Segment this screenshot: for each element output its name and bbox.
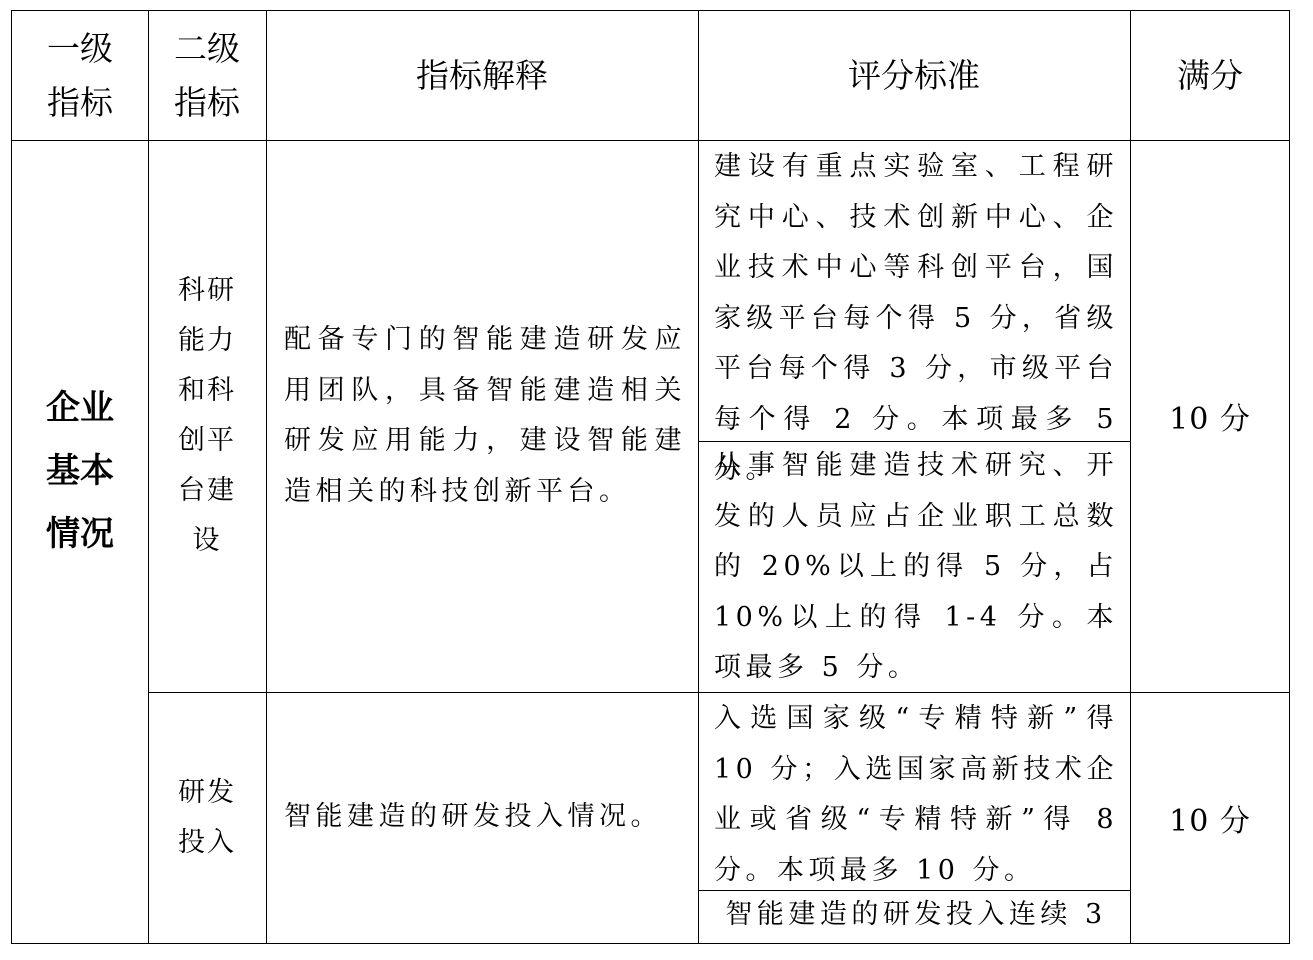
explanation-cell-rd-investment: 智能建造的研发投入情况。 (266, 692, 698, 943)
level1-label: 企业 基本 情况 (44, 377, 116, 566)
level2-line: 设 (173, 516, 241, 566)
level2-line: 投入 (173, 818, 241, 868)
explanation-cell-research-platform: 配备专门的智能建造研发应用团队，具备智能建造相关研发应用能力，建设智能建造相关的… (266, 140, 698, 692)
level2-line: 创平 (173, 416, 241, 466)
level2-line: 研发 (173, 768, 241, 818)
level2-line: 科研 (173, 266, 241, 316)
level2-line: 能力 (173, 316, 241, 366)
criteria-text: 入选国家级“专精特新”得 10 分；入选国家高新技术企业或省级“专精特新”得 8… (714, 694, 1118, 896)
full-score-cell-research-platform: 10 分 (1130, 140, 1290, 692)
level1-line: 企业 (44, 377, 116, 440)
level1-cell: 企业 基本 情况 (12, 140, 148, 943)
criteria-text: 智能建造的研发投入连续 3 (725, 890, 1106, 941)
header-level2-line2: 指标 (174, 76, 240, 130)
criteria-cell-specialized-enterprise: 入选国家级“专精特新”得 10 分；入选国家高新技术企业或省级“专精特新”得 8… (698, 692, 1130, 890)
explanation-text: 配备专门的智能建造研发应用团队，具备智能建造相关研发应用能力，建设智能建造相关的… (284, 315, 686, 517)
explanation-text: 智能建造的研发投入情况。 (284, 792, 662, 843)
level2-label: 研发 投入 (173, 768, 241, 868)
criteria-cell-rd-continuity: 智能建造的研发投入连续 3 (698, 890, 1130, 943)
level2-cell-research-platform: 科研 能力 和科 创平 台建 设 (148, 140, 266, 692)
header-level1-indicator: 一级 指标 (12, 11, 148, 140)
level2-line: 和科 (173, 366, 241, 416)
level2-cell-rd-investment: 研发 投入 (148, 692, 266, 943)
header-level2-line1: 二级 (174, 22, 240, 76)
criteria-text: 从事智能建造技术研究、开发的人员应占企业职工总数的 20%以上的得 5 分，占 … (714, 441, 1118, 694)
header-full-score: 满分 (1130, 11, 1290, 140)
level2-line: 台建 (173, 466, 241, 516)
full-score-value: 10 分 (1169, 394, 1251, 438)
scoring-criteria-table: 一级 指标 二级 指标 指标解释 评分标准 满分 企业 基本 情况 科研 能力 … (11, 10, 1290, 944)
criteria-cell-platforms: 建设有重点实验室、工程研究中心、技术创新中心、企业技术中心等科创平台，国家级平台… (698, 140, 1130, 441)
full-score-cell-rd-investment: 10 分 (1130, 692, 1290, 943)
header-level2-indicator: 二级 指标 (148, 11, 266, 140)
header-explanation: 指标解释 (266, 11, 698, 140)
criteria-cell-rd-staff: 从事智能建造技术研究、开发的人员应占企业职工总数的 20%以上的得 5 分，占 … (698, 441, 1130, 692)
header-level1-line1: 一级 (47, 22, 113, 76)
header-level1-line2: 指标 (47, 76, 113, 130)
level1-line: 情况 (44, 503, 116, 566)
level1-line: 基本 (44, 440, 116, 503)
level2-label: 科研 能力 和科 创平 台建 设 (173, 266, 241, 566)
header-criteria: 评分标准 (698, 11, 1130, 140)
full-score-value: 10 分 (1169, 796, 1251, 840)
